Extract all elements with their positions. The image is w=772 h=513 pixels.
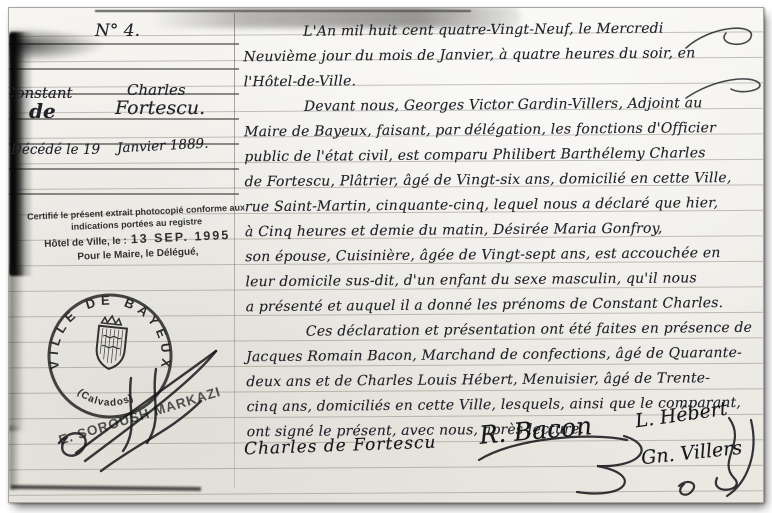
svg-text:(Calvados): (Calvados) (74, 386, 137, 411)
act-number: N° 4. (95, 21, 140, 41)
photocopy-edge-shadow (9, 266, 24, 431)
margin-death-note: Décédé le 19 (11, 142, 100, 158)
svg-text:VILLE DE BAYEUX: VILLE DE BAYEUX (44, 286, 180, 383)
scanned-certificate: N° 4. Constant Charles de Fortescu. Décé… (8, 7, 764, 503)
manuscript-body: L'An mil huit cent quatre-Vingt-Neuf, le… (243, 16, 763, 445)
margin-child-surname: de (29, 99, 56, 123)
photocopy-edge-shadow (9, 426, 20, 490)
bayeux-coat-of-arms (95, 315, 128, 371)
seal-arc-text: VILLE DE BAYEUX (44, 286, 180, 383)
screenshot-root: { "colors":{"paper":"#f3f1ec","ink":"#23… (0, 0, 772, 513)
manuscript-line: Neuvième jour du mois de Janvier, à quat… (243, 41, 759, 71)
seal-bottom-text: (Calvados) (74, 386, 137, 411)
margin-death-date: Janvier 1889. (117, 136, 209, 157)
margin-child-surname: Fortescu. (115, 97, 205, 119)
certification-stamp: Certifié le présent extrait photocopié c… (16, 202, 258, 266)
manuscript-line: rue Saint-Martin, cinquante-cinq, lequel… (245, 191, 761, 221)
photocopy-edge-shadow (11, 485, 201, 491)
certification-stamp-date: 13 SEP. 1995 (130, 228, 230, 246)
